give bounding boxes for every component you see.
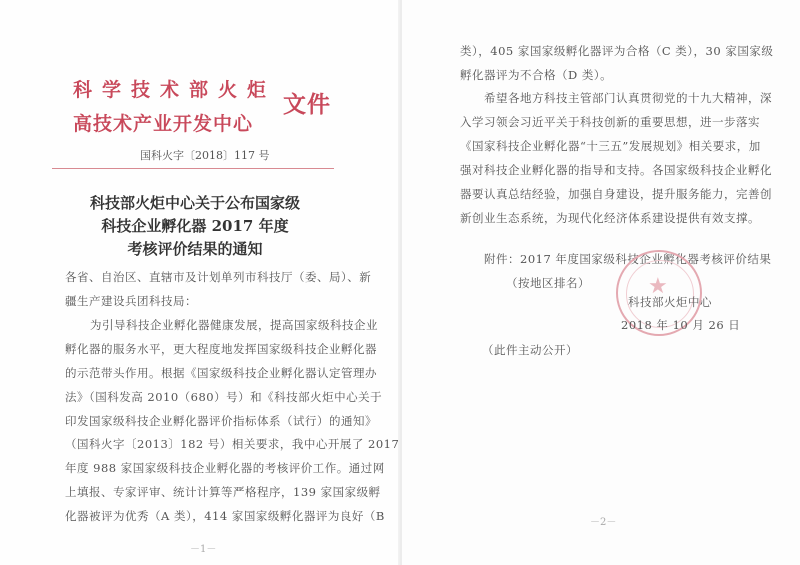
notice-title-line-2: 科技企业孵化器 2017 年度	[0, 215, 390, 236]
page-number: －2－	[590, 513, 616, 528]
document-page-2	[402, 0, 800, 565]
body-line: 入学习领会习近平关于科技创新的重要思想，进一步落实	[460, 114, 760, 130]
header-divider	[52, 168, 334, 169]
issue-date: 2018 年 10 月 26 日	[621, 317, 740, 333]
issuing-org-line-2: 高技术产业开发中心	[73, 109, 253, 136]
body-line: 上填报、专家评审、统计计算等严格程序，139 家国家级孵	[65, 484, 381, 500]
body-line: 年度 988 家国家级科技企业孵化器的考核评价工作。通过网	[65, 460, 385, 476]
body-line: 希望各地方科技主管部门认真贯彻党的十九大精神，深	[484, 90, 772, 106]
salutation-line: 疆生产建设兵团科技局：	[65, 293, 197, 309]
document-page-1: 科学技术部火炬 高技术产业开发中心 文件 国科火字〔2018〕117 号 科技部…	[0, 0, 400, 565]
document-number: 国科火字〔2018〕117 号	[140, 147, 270, 163]
body-line: 法》（国科发高 2010（680）号）和《科技部火炬中心关于	[65, 389, 382, 405]
body-line: 器要认真总结经验，加强自身建设，提升服务能力，完善创	[460, 186, 772, 202]
body-line: 的示范带头作用。根据《国家级科技企业孵化器认定管理办	[65, 365, 377, 381]
page-number: －1－	[190, 540, 216, 555]
body-line: 类），405 家国家级孵化器评为合格（C 类），30 家国家级	[460, 43, 773, 59]
salutation-line: 各省、自治区、直辖市及计划单列市科技厅（委、局）、新	[65, 269, 371, 285]
body-line: 孵化器的服务水平，更大程度地发挥国家级科技企业孵化器	[65, 341, 377, 357]
disclosure-note: （此件主动公开）	[482, 342, 578, 358]
issuing-org-line-1: 科学技术部火炬	[73, 75, 276, 102]
body-line: 为引导科技企业孵化器健康发展，提高国家级科技企业	[90, 317, 378, 333]
body-line: 强对科技企业孵化器的指导和支持。各国家级科技企业孵化	[460, 162, 772, 178]
signature: 科技部火炬中心	[628, 294, 712, 310]
body-line: 印发国家级科技企业孵化器评价指标体系（试行）的通知》	[65, 413, 377, 429]
body-line: 新创业生态系统，为现代化经济体系建设提供有效支撑。	[460, 210, 760, 226]
attachment-subline: （按地区排名）	[506, 275, 590, 291]
notice-title-line-1: 科技部火炬中心关于公布国家级	[0, 192, 390, 213]
document-type-label: 文件	[283, 86, 331, 119]
body-line: 《国家科技企业孵化器“十三五”发展规划》相关要求，加	[460, 138, 761, 154]
notice-title-line-3: 考核评价结果的通知	[0, 238, 390, 259]
body-line: （国科火字〔2013〕182 号）相关要求，我中心开展了 2017	[65, 436, 399, 452]
body-line: 孵化器评为不合格（D 类）。	[460, 67, 612, 83]
body-line: 化器被评为优秀（A 类），414 家国家级孵化器评为良好（B	[65, 508, 385, 524]
